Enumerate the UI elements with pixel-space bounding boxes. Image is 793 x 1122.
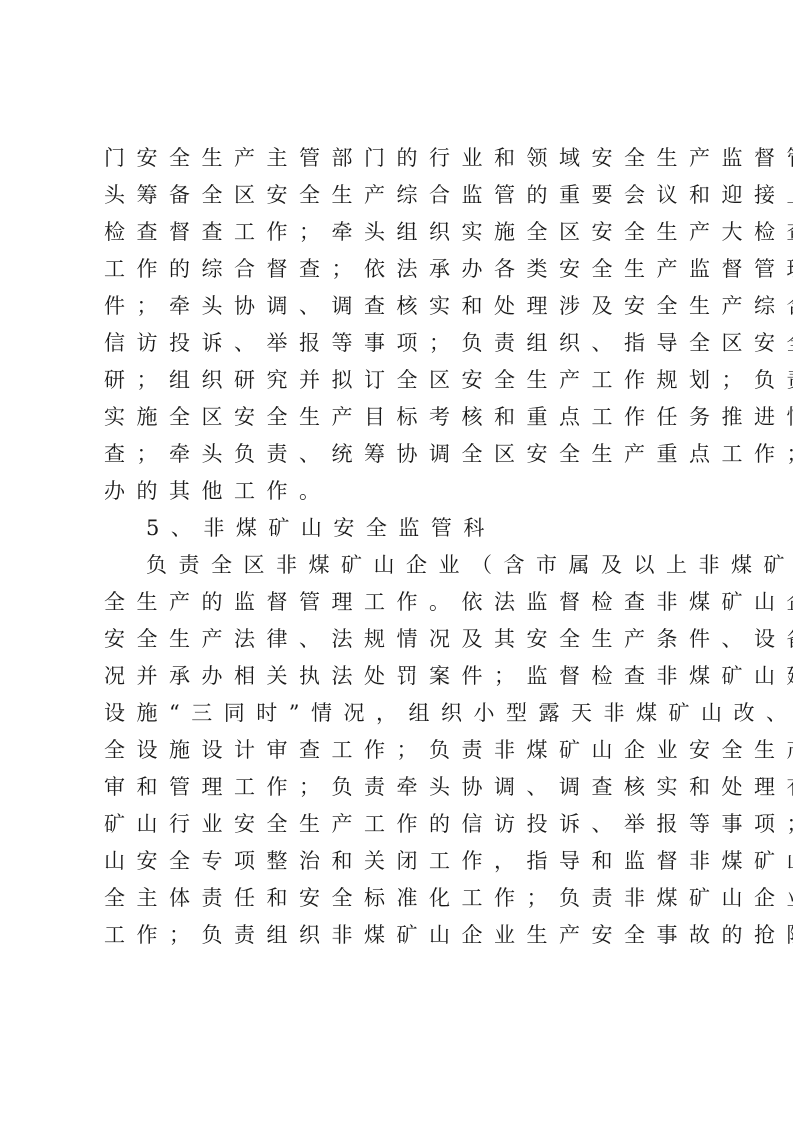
- text-line: 检查督查工作；牵头组织实施全区安全生产大检查和安全监管: [104, 214, 704, 251]
- paragraph: 负责全区非煤矿山企业（含市属及以上非煤矿山企业）安 全生产的监督管理工作。依法监…: [104, 547, 704, 954]
- text-line: 山安全专项整治和关闭工作，指导和监督非煤矿山企业落实安: [104, 843, 704, 880]
- text-line: 安全生产法律、法规情况及其安全生产条件、设备设施安全情: [104, 621, 704, 658]
- document-body: 门安全生产主管部门的行业和领域安全生产监督管理工作；牵 头筹备全区安全生产综合监…: [104, 140, 704, 954]
- text-line: 实施全区安全生产目标考核和重点工作任务推进情况的督促检: [104, 399, 704, 436]
- text-line: 全主体责任和安全标准化工作；负责非煤矿山企业职业病防治: [104, 880, 704, 917]
- text-line: 矿山行业安全生产工作的信访投诉、举报等事项；负责非煤矿: [104, 806, 704, 843]
- text-line: 负责全区非煤矿山企业（含市属及以上非煤矿山企业）安: [104, 547, 704, 584]
- text-line: 况并承办相关执法处罚案件；监督检查非煤矿山建设项目安全: [104, 658, 704, 695]
- section-heading: 5、非煤矿山安全监管科: [104, 510, 704, 547]
- text-line: 设施“三同时”情况，组织小型露天非煤矿山改、扩建项目安: [104, 695, 704, 732]
- text-line: 件；牵头协调、调查核实和处理涉及安全生产综合监管工作的: [104, 288, 704, 325]
- text-line: 门安全生产主管部门的行业和领域安全生产监督管理工作；牵: [104, 140, 704, 177]
- text-line: 头筹备全区安全生产综合监管的重要会议和迎接上级安全生产: [104, 177, 704, 214]
- text-line: 研；组织研究并拟订全区安全生产工作规划；负责拟定和组织: [104, 362, 704, 399]
- text-line: 审和管理工作；负责牵头协调、调查核实和处理有关涉及非煤: [104, 769, 704, 806]
- text-line: 查；牵头负责、统筹协调全区安全生产重点工作；完成领导交: [104, 436, 704, 473]
- text-line: 工作；负责组织非煤矿山企业生产安全事故的抢险救援和参与: [104, 917, 704, 954]
- text-line: 信访投诉、举报等事项；负责组织、指导全区安全生产专题调: [104, 325, 704, 362]
- document-page: 门安全生产主管部门的行业和领域安全生产监督管理工作；牵 头筹备全区安全生产综合监…: [0, 0, 793, 1122]
- text-line: 工作的综合督查；依法承办各类安全生产监督管理的相关案: [104, 251, 704, 288]
- paragraph-continuation: 门安全生产主管部门的行业和领域安全生产监督管理工作；牵 头筹备全区安全生产综合监…: [104, 140, 704, 510]
- text-line: 全生产的监督管理工作。依法监督检查非煤矿山企业贯彻执行: [104, 584, 704, 621]
- heading-text: 5、非煤矿山安全监管科: [104, 510, 704, 547]
- text-line: 办的其他工作。: [104, 473, 704, 510]
- text-line: 全设施设计审查工作；负责非煤矿山企业安全生产许可证的初: [104, 732, 704, 769]
